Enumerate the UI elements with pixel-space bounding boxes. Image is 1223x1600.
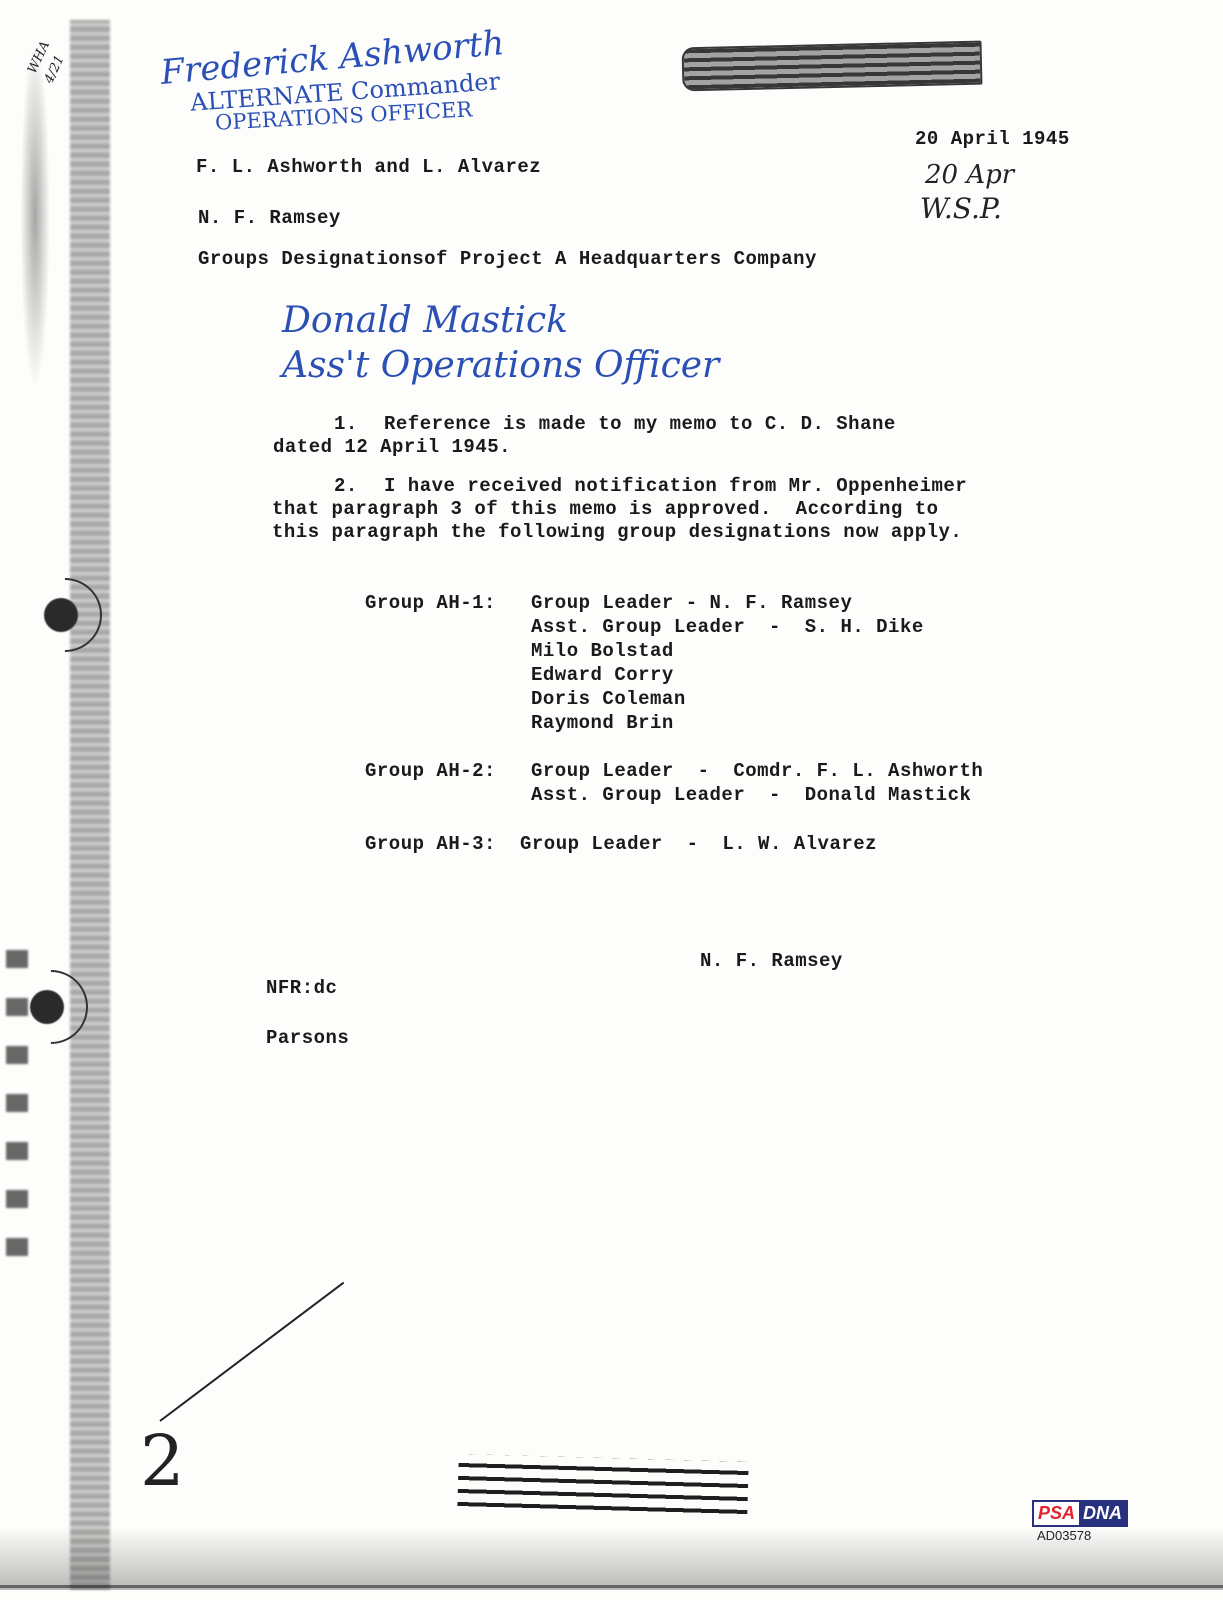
- pen-stroke: [159, 1282, 344, 1422]
- paragraph-2-number: 2.: [334, 475, 358, 497]
- group-member: Group Leader - L. W. Alvarez: [520, 833, 877, 855]
- group-ah2-label: Group AH-2:: [365, 760, 496, 782]
- memo-date: 20 April 1945: [915, 128, 1070, 150]
- handwritten-date: 20 Apr: [925, 160, 1014, 190]
- group-ah1-label: Group AH-1:: [365, 592, 496, 614]
- handwritten-initials: W.S.P.: [920, 192, 1002, 225]
- memo-to: F. L. Ashworth and L. Alvarez: [196, 156, 541, 178]
- dna-logo-text: DNA: [1079, 1502, 1126, 1525]
- paragraph-2-line-2: that paragraph 3 of this memo is approve…: [272, 498, 939, 520]
- paragraph-2-line-3: this paragraph the following group desig…: [272, 521, 962, 543]
- copy-smudge: [20, 40, 50, 390]
- handwritten-role: Ass't Operations Officer: [282, 345, 719, 386]
- bottom-edge: [0, 1585, 1223, 1588]
- redacted-block-bottom: [457, 1454, 748, 1518]
- group-member: Raymond Brin: [531, 712, 674, 734]
- group-member: Group Leader - N. F. Ramsey: [531, 592, 852, 614]
- paragraph-1-line-1: Reference is made to my memo to C. D. Sh…: [384, 413, 896, 435]
- group-ah3-label: Group AH-3:: [365, 833, 496, 855]
- group-member: Edward Corry: [531, 664, 674, 686]
- group-member: Doris Coleman: [531, 688, 686, 710]
- carbon-copy: Parsons: [266, 1027, 349, 1049]
- group-member: Asst. Group Leader - S. H. Dike: [531, 616, 924, 638]
- paragraph-1-number: 1.: [334, 413, 358, 435]
- group-member: Asst. Group Leader - Donald Mastick: [531, 784, 971, 806]
- psa-logo-text: PSA: [1034, 1502, 1079, 1525]
- signature-block: N. F. Ramsey: [700, 950, 843, 972]
- paragraph-1-line-2: dated 12 April 1945.: [273, 436, 511, 458]
- group-member: Milo Bolstad: [531, 640, 674, 662]
- memo-subject: Groups Designationsof Project A Headquar…: [198, 248, 817, 270]
- typist-initials: NFR:dc: [266, 977, 337, 999]
- paragraph-2-line-1: I have received notification from Mr. Op…: [384, 475, 967, 497]
- edge-marks: [6, 950, 46, 1286]
- group-member: Group Leader - Comdr. F. L. Ashworth: [531, 760, 983, 782]
- document-page: WHA 4/21 Frederick Ashworth ALTERNATE Co…: [0, 0, 1223, 1600]
- memo-from: N. F. Ramsey: [198, 207, 341, 229]
- handwritten-name: Donald Mastick: [282, 300, 568, 341]
- binding-smudge: [70, 20, 110, 1590]
- handwritten-mark: 2: [140, 1420, 185, 1502]
- redacted-block: [682, 41, 983, 92]
- authentication-logo: PSA DNA: [1032, 1500, 1128, 1527]
- authentication-code: AD03578: [1037, 1528, 1091, 1543]
